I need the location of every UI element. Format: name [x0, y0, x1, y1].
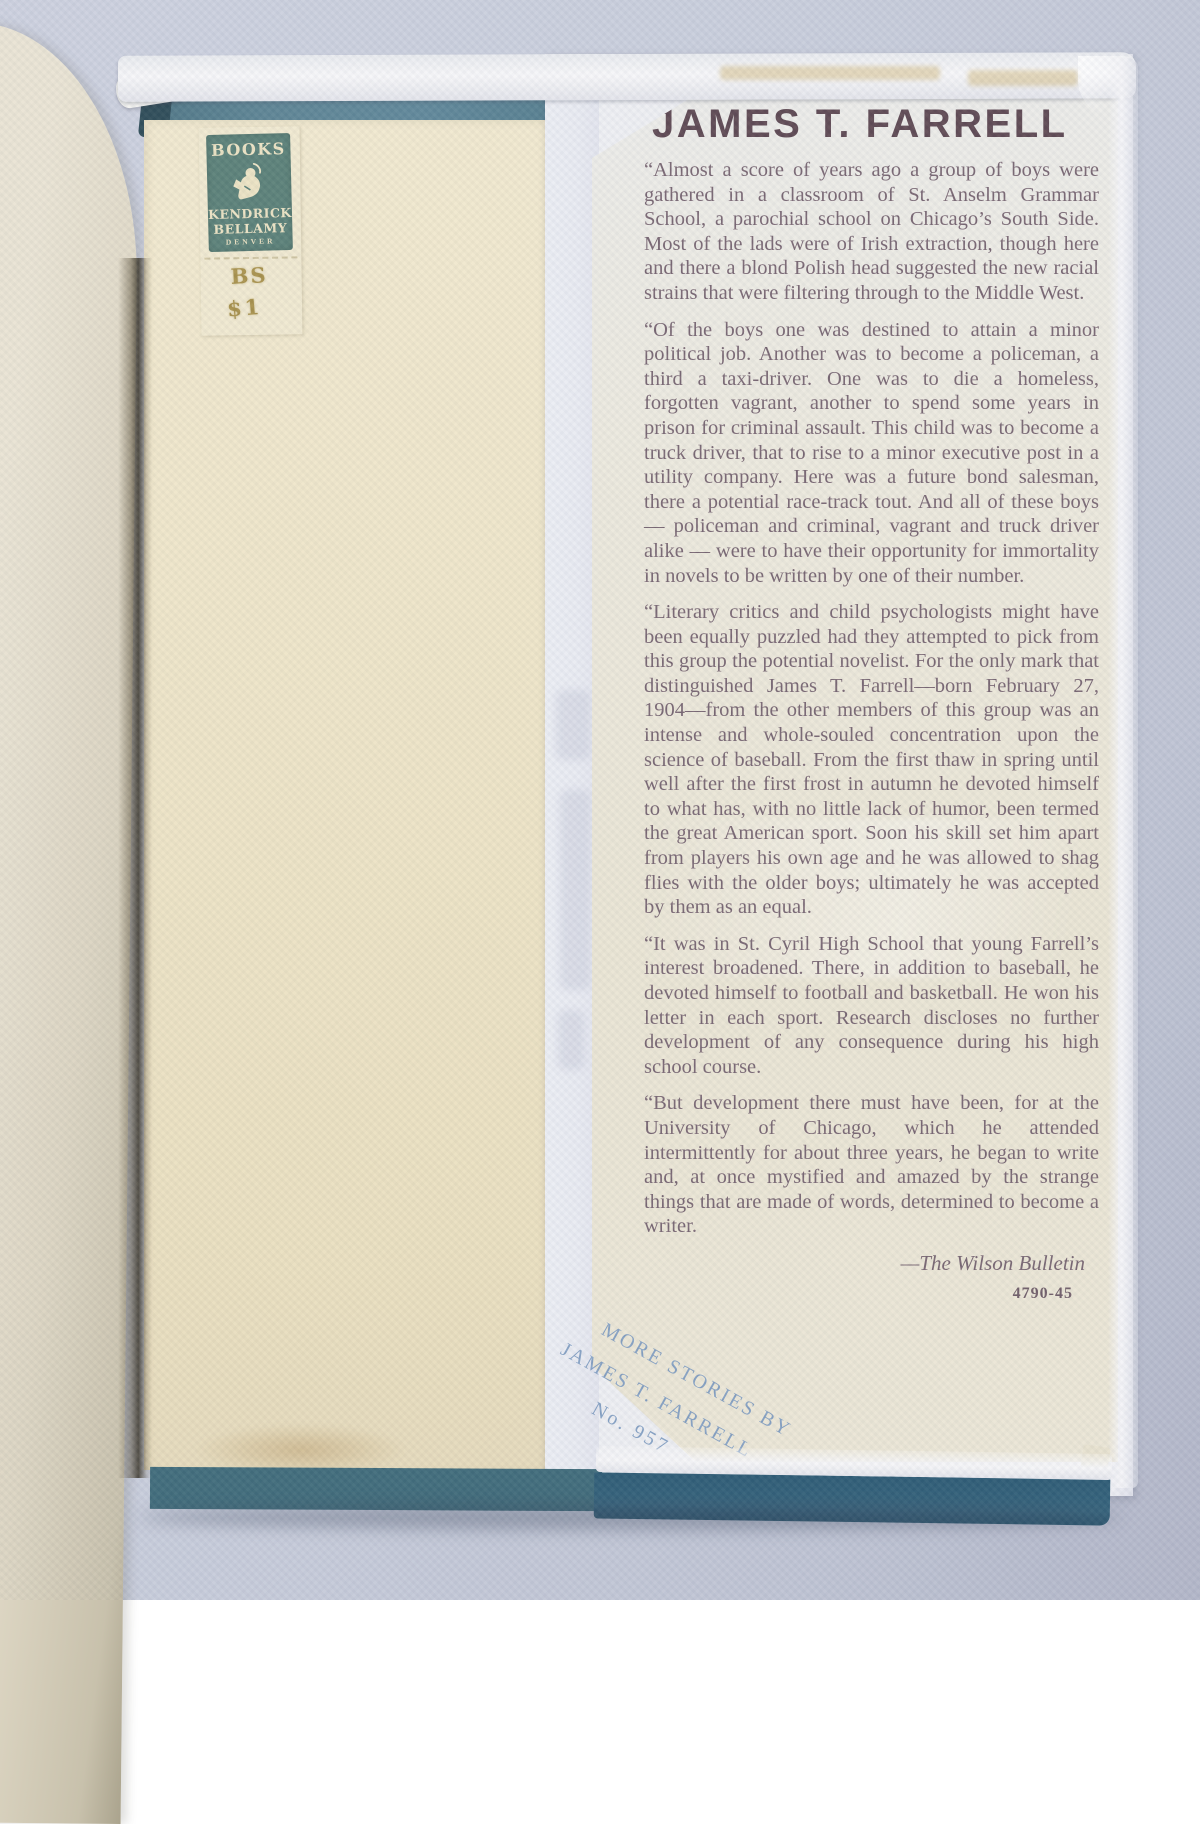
bookseller-label: BOOKS KENDRICK BELLAMY DENVER — [206, 133, 293, 252]
flap-paragraph: “Almost a score of years ago a group of … — [644, 158, 1099, 306]
bookseller-label-header: BOOKS — [206, 139, 290, 160]
flap-paragraph: “But development there must have been, f… — [644, 1091, 1099, 1239]
mylar-right-edge — [1108, 58, 1138, 1488]
mylar-fold-strip — [545, 100, 599, 1472]
glue-streak — [968, 70, 1078, 86]
showthrough-smudge — [560, 790, 590, 990]
book-shadow — [140, 1504, 1120, 1530]
showthrough-smudge — [558, 1010, 584, 1070]
flap-title: JAMES T. FARRELL — [652, 102, 1114, 147]
flap-text: “Almost a score of years ago a group of … — [644, 158, 1099, 1306]
bookseller-sticker: BOOKS KENDRICK BELLAMY DENVER BS $1 — [199, 126, 303, 335]
flap-paragraph: “Of the boys one was destined to attain … — [644, 318, 1099, 589]
showthrough-smudge — [556, 690, 590, 760]
bookseller-city: DENVER — [209, 236, 293, 247]
bookseller-name-line2: BELLAMY — [208, 220, 292, 237]
reading-figure-icon — [207, 159, 292, 207]
glue-streak — [720, 66, 940, 80]
perforation-line — [204, 256, 297, 259]
jacket-flap: JAMES T. FARRELL “Almost a score of year… — [592, 88, 1118, 1462]
price-value: $1 — [226, 294, 263, 322]
table-background: BOOKS KENDRICK BELLAMY DENVER BS $1 JAME… — [0, 0, 1200, 1600]
flap-attribution: —The Wilson Bulletin — [644, 1251, 1085, 1276]
price-code: BS — [230, 262, 268, 289]
flap-paragraph: “It was in St. Cyril High School that yo… — [644, 932, 1099, 1080]
gutter-shadow — [118, 258, 152, 1478]
flap-paragraph: “Literary critics and child psychologist… — [644, 600, 1099, 920]
flap-printer-code: 4790-45 — [644, 1282, 1073, 1307]
